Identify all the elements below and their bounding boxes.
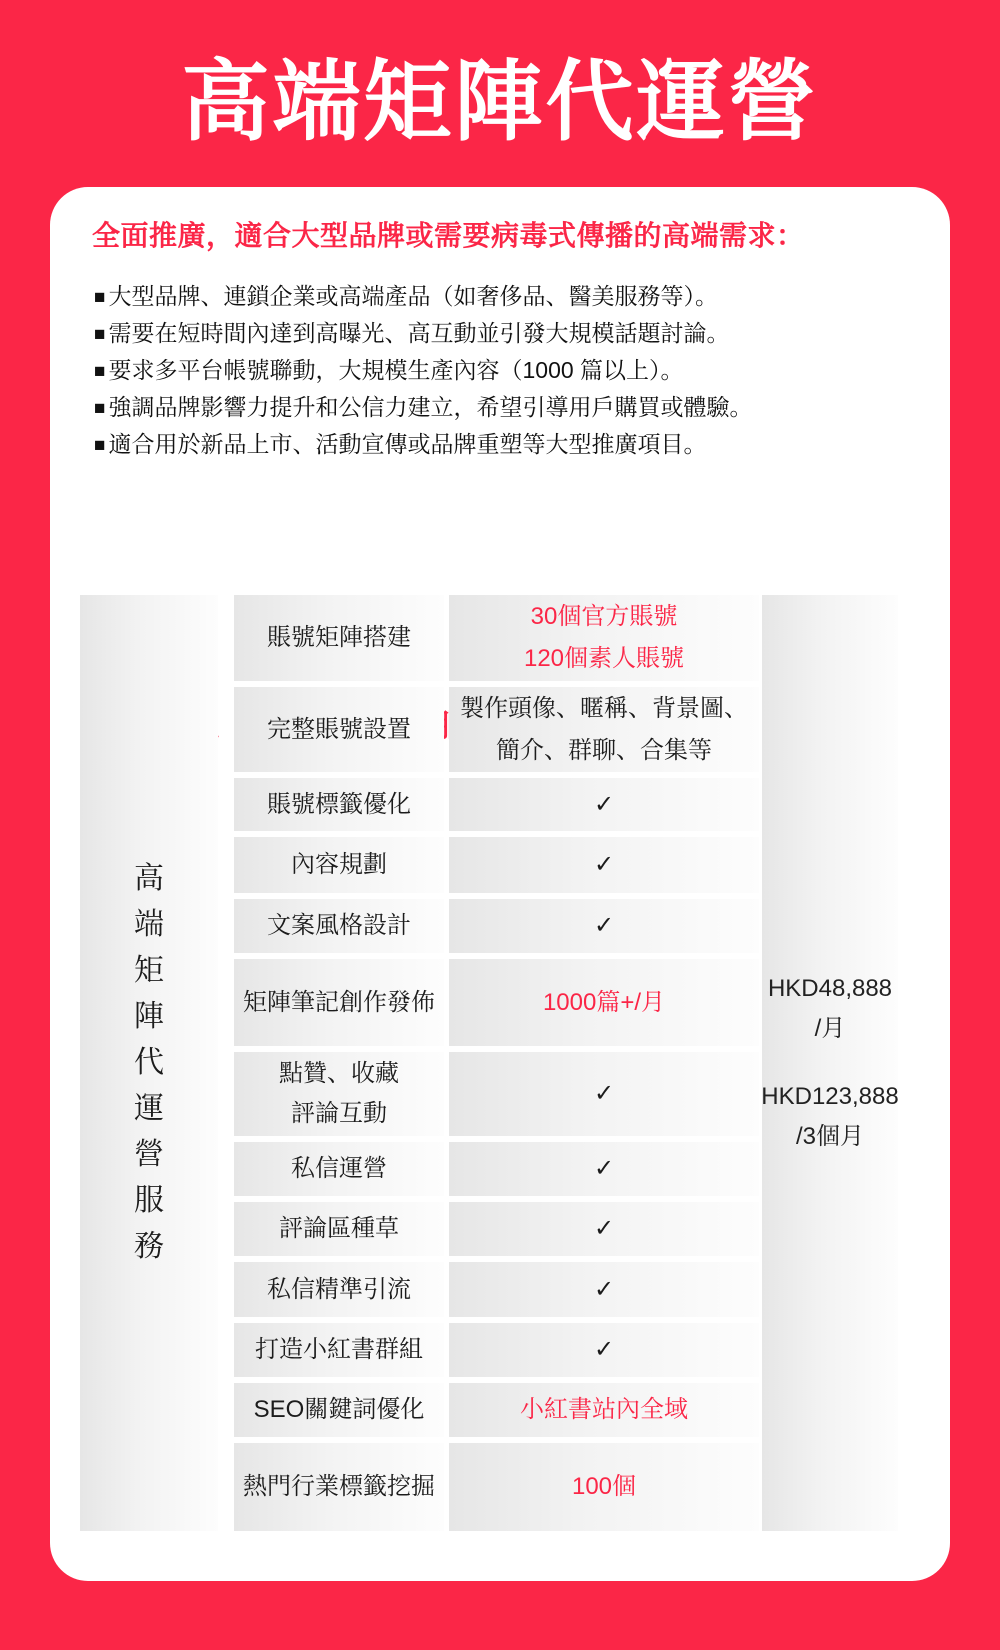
table-row: 私信運營 ✓ <box>234 1142 759 1196</box>
pricing-table: 高端矩陣代運營服務 賬號矩陣搭建 30個官方賬號 120個素人賬號 完整賬號設置… <box>80 595 900 1531</box>
table-row: 矩陣筆記創作發佈 1000篇+/月 <box>234 959 759 1046</box>
row-value: 100個 <box>449 1443 759 1531</box>
table-row: 熱門行業標籤挖掘 100個 <box>234 1443 759 1531</box>
table-rows: 賬號矩陣搭建 30個官方賬號 120個素人賬號 完整賬號設置 製作頭像、暱稱、背… <box>234 595 759 1531</box>
row-value: ✓ <box>449 1052 759 1136</box>
content-card: 全面推廣，適合大型品牌或需要病毒式傳播的高端需求： ■ 大型品牌、連鎖企業或高端… <box>50 187 950 1581</box>
row-value: ✓ <box>449 899 759 953</box>
section-cell: 高端矩陣代運營服務 <box>80 595 218 1531</box>
square-bullet-icon: ■ <box>94 280 105 315</box>
list-item: ■ 需要在短時間內達到高曝光、高互動並引發大規模話題討論。 <box>94 316 752 353</box>
fee-quarterly: HKD123,888 /3個月 <box>761 1077 898 1157</box>
list-item: ■ 大型品牌、連鎖企業或高端產品（如奢侈品、醫美服務等）。 <box>94 279 752 316</box>
table-row: 評論區種草 ✓ <box>234 1202 759 1256</box>
row-label: 評論區種草 <box>234 1202 444 1256</box>
row-value: 製作頭像、暱稱、背景圖、 簡介、群聊、合集等 <box>449 687 759 772</box>
row-value: 1000篇+/月 <box>449 959 759 1046</box>
promo-page: 高端矩陣代運營 全面推廣，適合大型品牌或需要病毒式傳播的高端需求： ■ 大型品牌… <box>0 0 1000 1650</box>
row-label: 完整賬號設置 <box>234 687 444 772</box>
list-item: ■ 要求多平台帳號聯動，大規模生產內容（1000 篇以上）。 <box>94 353 752 390</box>
intro-heading: 全面推廣，適合大型品牌或需要病毒式傳播的高端需求： <box>92 214 805 254</box>
bullet-text: 強調品牌影響力提升和公信力建立，希望引導用戶購買或體驗。 <box>108 390 752 425</box>
list-item: ■ 強調品牌影響力提升和公信力建立，希望引導用戶購買或體驗。 <box>94 390 752 427</box>
row-value: ✓ <box>449 778 759 831</box>
fee-cell: HKD48,888 /月 HKD123,888 /3個月 <box>762 595 898 1531</box>
table-row: SEO關鍵詞優化 小紅書站內全域 <box>234 1383 759 1437</box>
table-row: 文案風格設計 ✓ <box>234 899 759 953</box>
table-row: 完整賬號設置 製作頭像、暱稱、背景圖、 簡介、群聊、合集等 <box>234 687 759 772</box>
row-value: ✓ <box>449 837 759 893</box>
row-value: ✓ <box>449 1262 759 1317</box>
square-bullet-icon: ■ <box>94 354 105 389</box>
row-value: ✓ <box>449 1142 759 1196</box>
row-label: 文案風格設計 <box>234 899 444 953</box>
row-value: 小紅書站內全域 <box>449 1383 759 1437</box>
page-title: 高端矩陣代運營 <box>0 54 1000 151</box>
table-row: 點贊、收藏 評論互動 ✓ <box>234 1052 759 1136</box>
row-label: 私信運營 <box>234 1142 444 1196</box>
row-label: 內容規劃 <box>234 837 444 893</box>
table-row: 打造小紅書群組 ✓ <box>234 1323 759 1377</box>
bullet-text: 適合用於新品上市、活動宣傳或品牌重塑等大型推廣項目。 <box>108 427 706 462</box>
row-label: 賬號標籤優化 <box>234 778 444 831</box>
row-label: 熱門行業標籤挖掘 <box>234 1443 444 1531</box>
fee-block: HKD48,888 /月 HKD123,888 /3個月 <box>761 969 898 1157</box>
table-row: 賬號矩陣搭建 30個官方賬號 120個素人賬號 <box>234 595 759 681</box>
fee-monthly: HKD48,888 /月 <box>768 969 892 1049</box>
table-row: 私信精準引流 ✓ <box>234 1262 759 1317</box>
row-label: 點贊、收藏 評論互動 <box>234 1052 444 1136</box>
row-label: SEO關鍵詞優化 <box>234 1383 444 1437</box>
row-label: 賬號矩陣搭建 <box>234 595 444 681</box>
row-value: ✓ <box>449 1202 759 1256</box>
bullet-text: 需要在短時間內達到高曝光、高互動並引發大規模話題討論。 <box>108 316 729 351</box>
table-row: 賬號標籤優化 ✓ <box>234 778 759 831</box>
square-bullet-icon: ■ <box>94 428 105 463</box>
square-bullet-icon: ■ <box>94 391 105 426</box>
bullet-text: 大型品牌、連鎖企業或高端產品（如奢侈品、醫美服務等）。 <box>108 279 718 314</box>
section-vertical-label: 高端矩陣代運營服務 <box>133 856 165 1270</box>
row-value: ✓ <box>449 1323 759 1377</box>
row-label: 打造小紅書群組 <box>234 1323 444 1377</box>
intro-bullet-list: ■ 大型品牌、連鎖企業或高端產品（如奢侈品、醫美服務等）。 ■ 需要在短時間內達… <box>94 279 752 464</box>
list-item: ■ 適合用於新品上市、活動宣傳或品牌重塑等大型推廣項目。 <box>94 427 752 464</box>
bullet-text: 要求多平台帳號聯動，大規模生產內容（1000 篇以上）。 <box>108 353 683 388</box>
row-value: 30個官方賬號 120個素人賬號 <box>449 595 759 681</box>
square-bullet-icon: ■ <box>94 317 105 352</box>
row-label: 矩陣筆記創作發佈 <box>234 959 444 1046</box>
table-row: 內容規劃 ✓ <box>234 837 759 893</box>
row-label: 私信精準引流 <box>234 1262 444 1317</box>
